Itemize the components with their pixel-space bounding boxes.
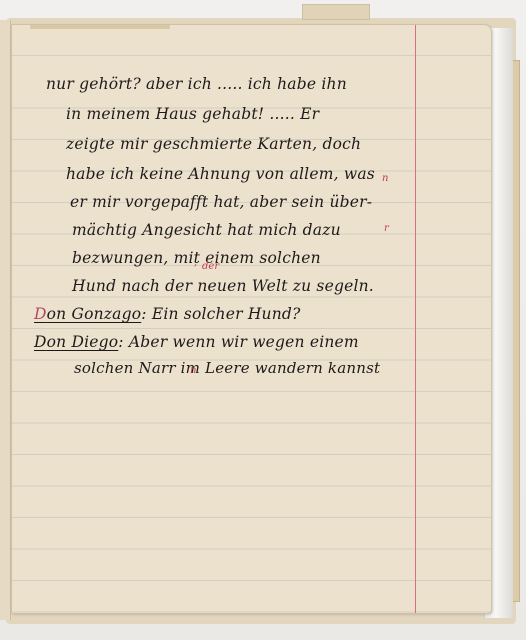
notebook-spine xyxy=(0,20,11,620)
dialogue-text: Aber wenn wir wegen einem xyxy=(129,333,359,351)
handwritten-text: nur gehört? aber ich ..... ich habe ihn … xyxy=(12,25,491,613)
dialogue-line: Don Diego: Aber wenn wir wegen einem xyxy=(34,333,359,351)
text-line: zeigte mir geschmierte Karten, doch xyxy=(66,135,361,153)
speaker-initial: D xyxy=(34,333,47,351)
dialogue-line: Don Gonzago: Ein solcher Hund? xyxy=(34,305,301,323)
text-line: Hund nach der neuen Welt zu segeln. xyxy=(72,277,374,295)
speaker-rest: on Gonzago xyxy=(47,305,142,323)
speaker-name: Don Gonzago xyxy=(34,305,141,323)
paper-tab xyxy=(302,4,370,20)
dialogue-text: Ein solcher Hund? xyxy=(152,305,301,323)
notebook-page: nur gehört? aber ich ..... ich habe ihn … xyxy=(11,24,492,614)
text-line: solchen Narr im Leere wandern kannst xyxy=(74,359,380,377)
red-correction: n xyxy=(190,365,196,376)
text-line: er mir vorgepafft hat, aber sein über- xyxy=(70,193,372,211)
speaker-initial: D xyxy=(34,305,47,323)
red-correction: der xyxy=(202,261,219,272)
red-correction: n xyxy=(382,173,388,184)
red-correction: , xyxy=(194,257,197,268)
red-correction: r xyxy=(384,223,389,234)
text-line: in meinem Haus gehabt! ..... Er xyxy=(66,105,319,123)
text-line: mächtig Angesicht hat mich dazu xyxy=(72,221,341,239)
text-line: nur gehört? aber ich ..... ich habe ihn xyxy=(46,75,347,93)
speaker-name: Don Diego xyxy=(34,333,118,351)
colon: : xyxy=(118,333,123,351)
speaker-rest: on Diego xyxy=(47,333,119,351)
colon: : xyxy=(141,305,146,323)
text-line: habe ich keine Ahnung von allem, was xyxy=(66,165,375,183)
